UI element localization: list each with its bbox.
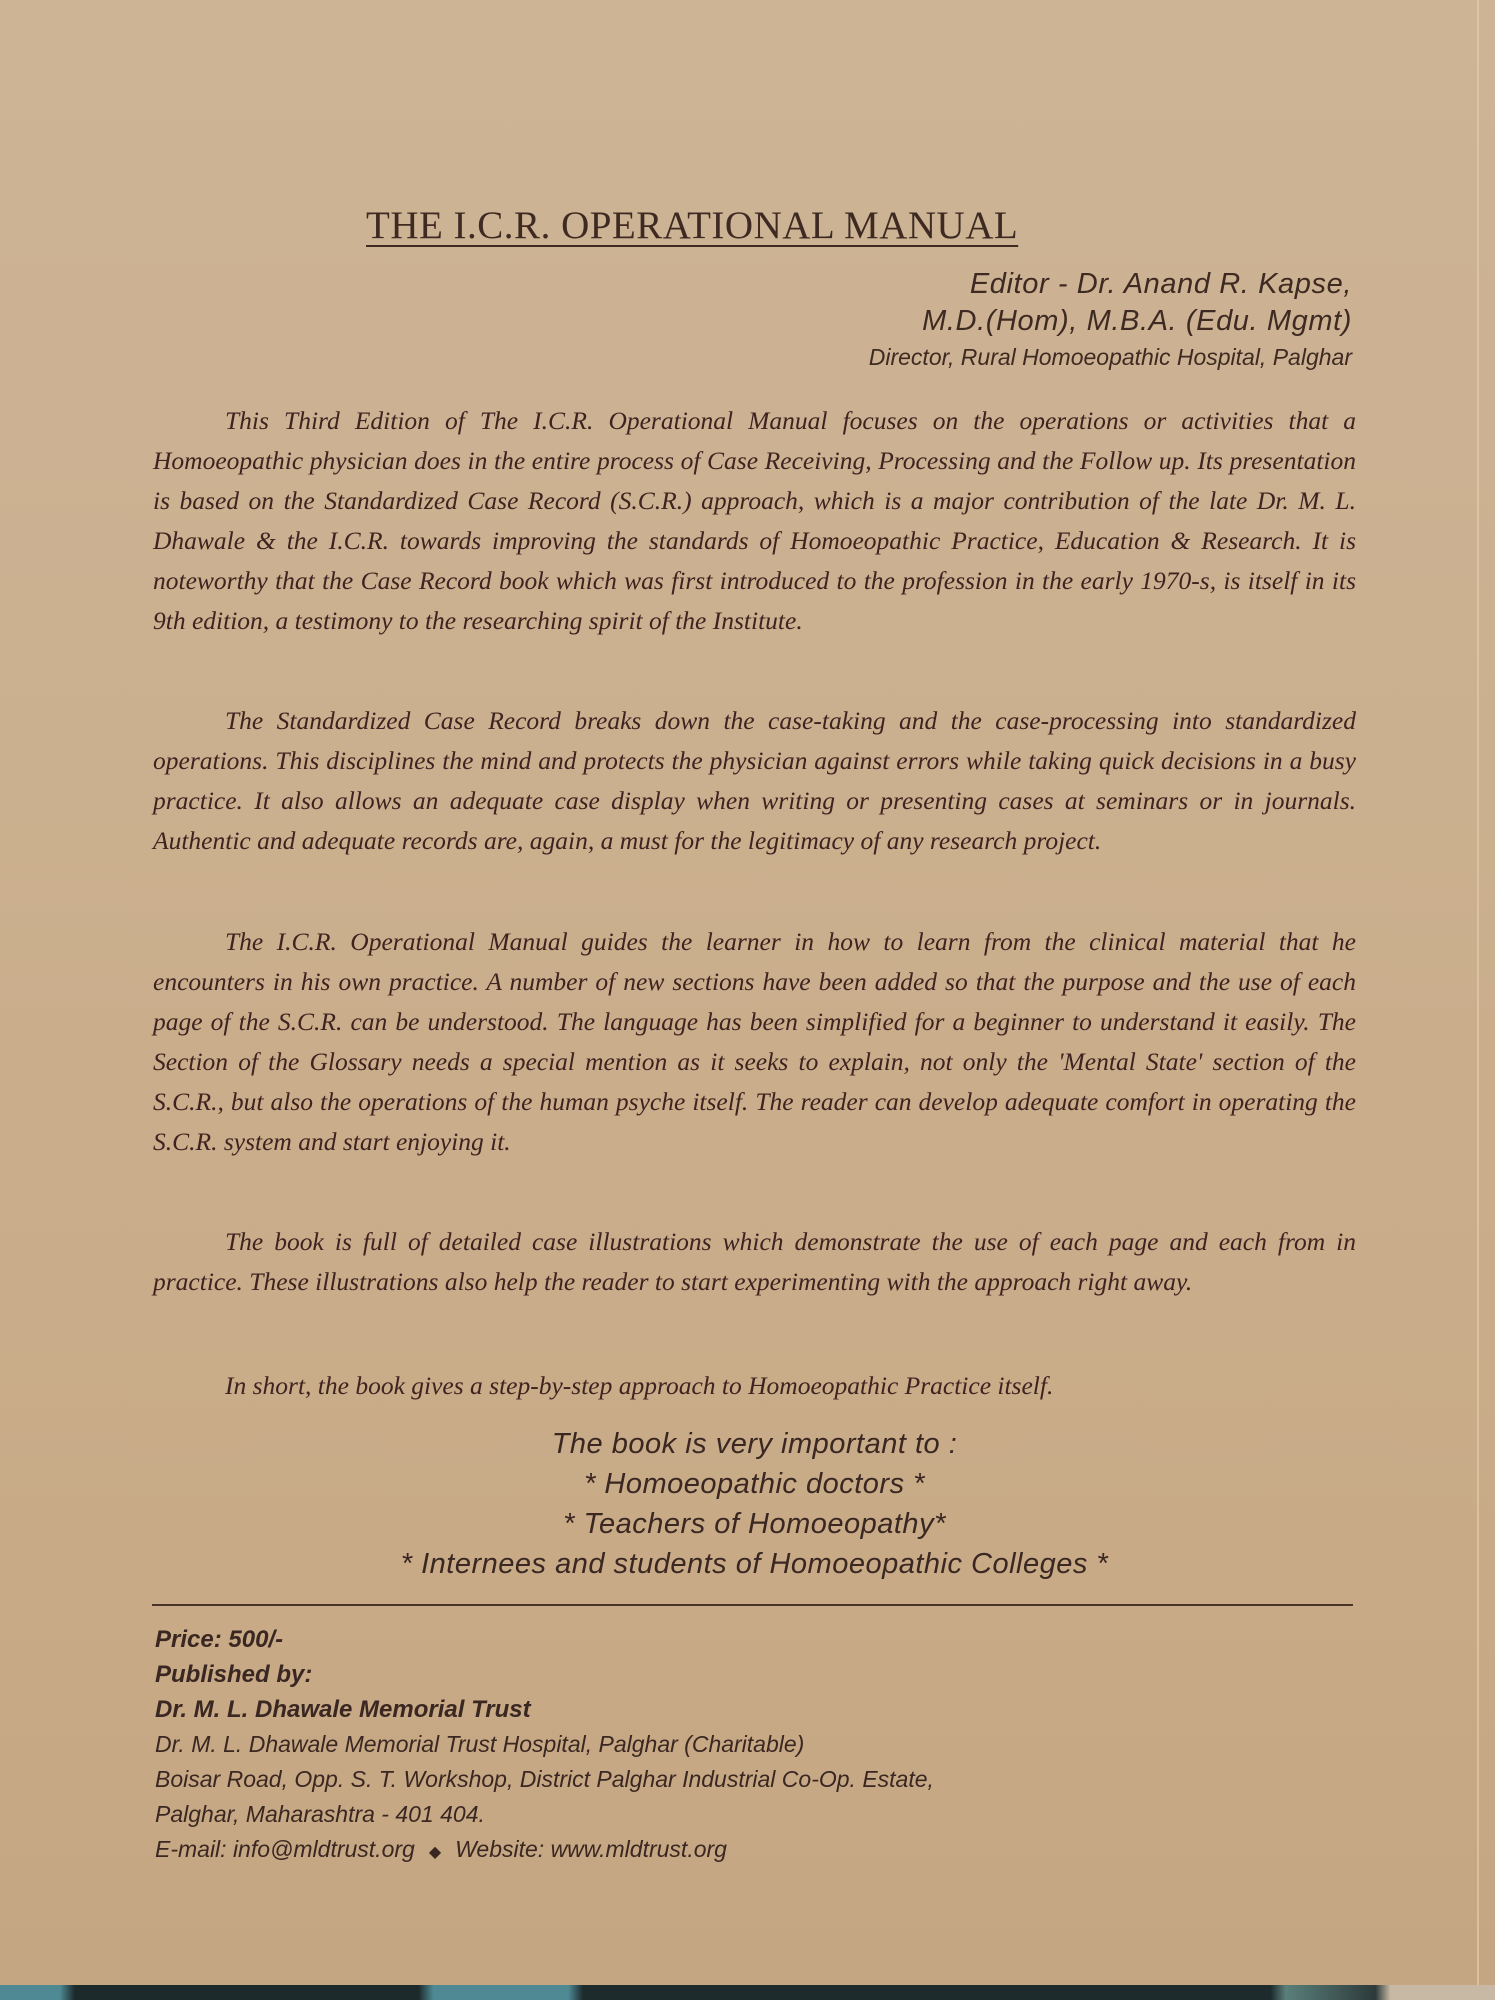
paragraph-4: The book is full of detailed case illust… bbox=[153, 1222, 1356, 1302]
publisher-name: Dr. M. L. Dhawale Memorial Trust bbox=[155, 1692, 934, 1727]
contact-line: E-mail: info@mldtrust.org◆Website: www.m… bbox=[155, 1832, 934, 1870]
publisher-hospital: Dr. M. L. Dhawale Memorial Trust Hospita… bbox=[155, 1727, 934, 1762]
editor-name: Editor - Dr. Anand R. Kapse, bbox=[869, 266, 1352, 303]
document-title: THE I.C.R. OPERATIONAL MANUAL bbox=[366, 203, 1018, 248]
paragraph-text: The book is full of detailed case illust… bbox=[153, 1222, 1356, 1302]
paragraph-text: The Standardized Case Record breaks down… bbox=[153, 701, 1356, 861]
publisher-website: Website: www.mldtrust.org bbox=[455, 1836, 727, 1862]
published-by-label: Published by: bbox=[155, 1657, 934, 1692]
audience-heading: The book is very important to : bbox=[150, 1424, 1359, 1464]
audience-item: * Internees and students of Homoeopathic… bbox=[150, 1544, 1359, 1584]
editor-block: Editor - Dr. Anand R. Kapse, M.D.(Hom), … bbox=[869, 266, 1352, 374]
paragraph-2: The Standardized Case Record breaks down… bbox=[153, 701, 1356, 861]
paragraph-5: In short, the book gives a step-by-step … bbox=[153, 1366, 1356, 1406]
paragraph-text: The I.C.R. Operational Manual guides the… bbox=[153, 922, 1356, 1162]
publisher-address-line2: Palghar, Maharashtra - 401 404. bbox=[155, 1797, 934, 1832]
editor-position: Director, Rural Homoeopathic Hospital, P… bbox=[869, 340, 1352, 374]
audience-item: * Teachers of Homoeopathy* bbox=[150, 1504, 1359, 1544]
page-edge bbox=[1477, 0, 1479, 1985]
paragraph-3: The I.C.R. Operational Manual guides the… bbox=[153, 922, 1356, 1162]
publisher-email: E-mail: info@mldtrust.org bbox=[155, 1836, 415, 1862]
book-back-cover: THE I.C.R. OPERATIONAL MANUAL Editor - D… bbox=[0, 0, 1495, 1985]
audience-list: The book is very important to : * Homoeo… bbox=[150, 1424, 1359, 1584]
background-surface bbox=[0, 1985, 1495, 2000]
audience-item: * Homoeopathic doctors * bbox=[150, 1464, 1359, 1504]
paragraph-text: This Third Edition of The I.C.R. Operati… bbox=[153, 401, 1356, 641]
editor-qualifications: M.D.(Hom), M.B.A. (Edu. Mgmt) bbox=[869, 303, 1352, 340]
divider bbox=[152, 1604, 1353, 1606]
price: Price: 500/- bbox=[155, 1622, 934, 1657]
publisher-address-line1: Boisar Road, Opp. S. T. Workshop, Distri… bbox=[155, 1762, 934, 1797]
paragraph-text: In short, the book gives a step-by-step … bbox=[153, 1366, 1356, 1406]
publisher-block: Price: 500/- Published by: Dr. M. L. Dha… bbox=[155, 1622, 934, 1870]
diamond-separator-icon: ◆ bbox=[429, 1844, 441, 1861]
paragraph-1: This Third Edition of The I.C.R. Operati… bbox=[153, 401, 1356, 641]
